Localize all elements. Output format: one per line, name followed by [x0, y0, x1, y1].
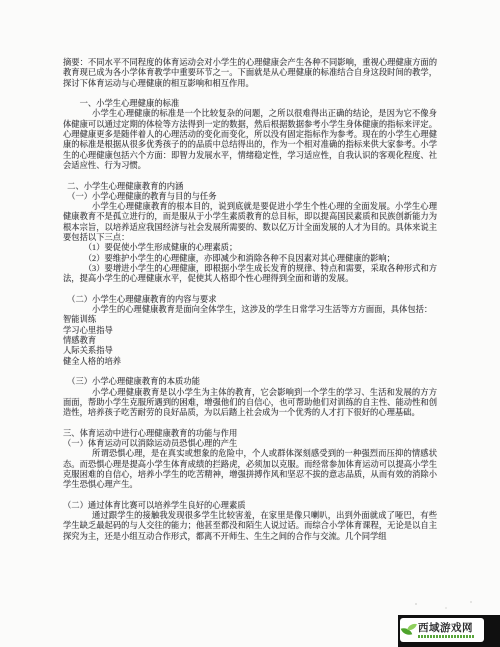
text-block-para: 小学生心理健康的标准是一个比较复杂的问题，之所以很难得出正确的结论，是因为它不像… — [63, 109, 437, 171]
text-block-list: （1）要促使小学生形成健康的心理素质； — [63, 243, 437, 253]
text-block-para: 所谓恐惧心理，是在真实或想象的危险中，个人或群体深刻感受到的一种强烈而压抑的情感… — [63, 449, 437, 490]
text-block-h2: （二）通过体育比赛可以培养学生良好的心理素质 — [63, 501, 437, 511]
document-page: 摘要：不同水平不同程度的体育运动会对小学生的心理健康会产生各种不同影响，重视心理… — [0, 0, 500, 647]
blank-line — [63, 89, 437, 99]
blank-line — [63, 367, 437, 377]
text-block-list: （2）要维护小学生的心理健康，亦即减少和消除各种不良因素对其心理健康的影响； — [63, 254, 437, 264]
text-block-para: 小学生心理健康教育的根本目的，说到底就是要促进小学生个性心理的全面发展。小学生心… — [63, 202, 437, 243]
watermark-logo-card: 西域游戏网 — [400, 618, 484, 642]
text-block-line: 健全人格的培养 — [63, 357, 437, 367]
text-block-h2: （一）小学心理健康的教育与目的与任务 — [63, 192, 437, 202]
text-block-para: 小学生的心理健康教育是面向全体学生，这涉及的学生日常学习生活等方方面面，具体包括… — [63, 305, 437, 315]
logo-text-group: 西域游戏网 — [418, 623, 474, 638]
text-block-h2: （二）小学生心理健康教育的内容与要求 — [63, 295, 437, 305]
document-body: 摘要：不同水平不同程度的体育运动会对小学生的心理健康会产生各种不同影响，重视心理… — [63, 58, 437, 542]
text-block-h2: （三）小学心理健康教育的本质功能 — [63, 377, 437, 387]
text-block-line: 智能训练 — [63, 315, 437, 325]
blank-line — [63, 285, 437, 295]
text-block-line: 情感教育 — [63, 336, 437, 346]
sprout-icon — [402, 622, 417, 638]
text-block-list: （3）要增进小学生的心理健康，即根据小学生成长发育的规律、特点和需要，采取各种形… — [63, 264, 437, 285]
text-block-para: 小学心理健康教育是以小学生为主体的教育，它会影响到一个学生的学习、生活和发展的方… — [63, 388, 437, 419]
text-block-para: 通过跟学生的接触我发现很多学生比较害羞，在家里是像只喇叭，出到外面就成了哑巴，有… — [63, 511, 437, 542]
watermark-logo: 西域游戏网 — [398, 615, 500, 647]
text-block-abstract: 摘要：不同水平不同程度的体育运动会对小学生的心理健康会产生各种不同影响，重视心理… — [63, 58, 437, 89]
blank-line — [63, 418, 437, 428]
text-block-h1: 三、体育运动中进行心理健康教育的功能与作用 — [63, 429, 437, 439]
blank-line — [63, 171, 437, 181]
scan-noise — [415, 603, 417, 605]
logo-title: 西域游戏网 — [418, 623, 474, 634]
text-block-h1: 二、小学生心理健康教育的内涵 — [63, 182, 437, 192]
blank-line — [63, 490, 437, 500]
logo-tagline — [418, 635, 474, 638]
text-block-h1: 一、小学生心理健康的标准 — [63, 99, 437, 109]
text-block-line: 学习心里指导 — [63, 326, 437, 336]
text-block-line: 人际关系指导 — [63, 346, 437, 356]
text-block-h2: （一）体育运动可以消除运动员恐惧心理的产生 — [63, 439, 437, 449]
